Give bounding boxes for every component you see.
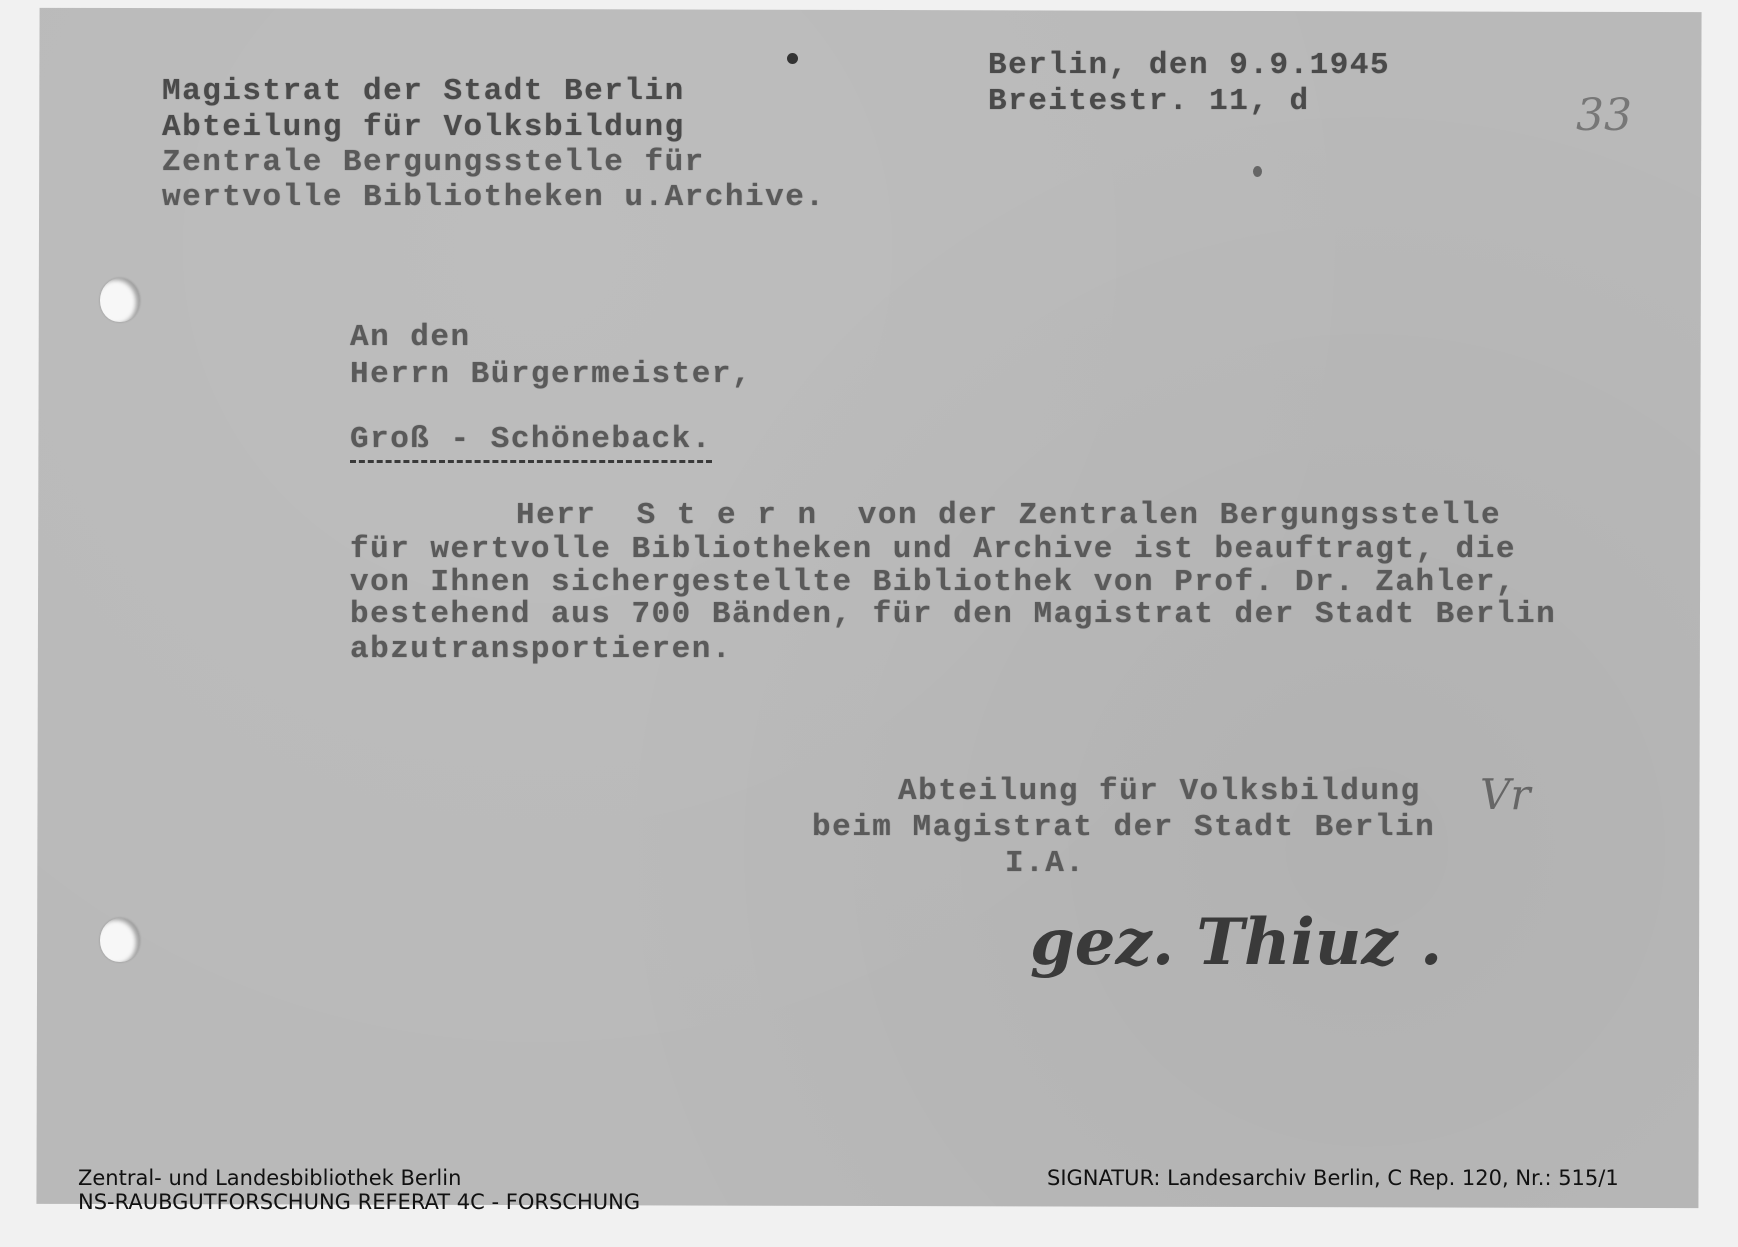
ink-speck [1253,166,1262,177]
initials-mark: Vr [1480,770,1530,819]
recipient-place: Groß - Schöneback. [350,422,712,463]
letterhead-line: wertvolle Bibliotheken u.Archive. [162,180,825,216]
ink-speck [787,53,798,64]
closing-line: Abteilung für Volksbildung [898,774,1421,810]
letterhead-line: Abteilung für Volksbildung [162,110,685,146]
signature: gez. Thiuz . [1030,905,1442,980]
body-line: Herr S t e r n von der Zentralen Bergung… [516,498,1501,534]
body-line: abzutransportieren. [350,632,732,668]
footer-left-line2: NS-RAUBGUTFORSCHUNG REFERAT 4C - FORSCHU… [78,1190,640,1214]
punch-hole [100,278,140,322]
body-line: für wertvolle Bibliotheken und Archive i… [350,532,1516,568]
closing-line: I.A. [1005,846,1085,882]
date-line: Berlin, den 9.9.1945 [988,48,1390,84]
address-line: Breitestr. 11, d [988,84,1310,120]
body-line: bestehend aus 700 Bänden, für den Magist… [350,597,1556,633]
handwritten-page-number: 33 [1576,90,1632,141]
footer-left-line1: Zentral- und Landesbibliothek Berlin [78,1166,461,1190]
recipient-line: An den [350,320,471,356]
closing-line: beim Magistrat der Stadt Berlin [812,810,1435,846]
body-line: von Ihnen sichergestellte Bibliothek von… [350,565,1516,601]
footer-signature: SIGNATUR: Landesarchiv Berlin, C Rep. 12… [1047,1166,1619,1190]
letterhead-line: Zentrale Bergungsstelle für [162,145,705,181]
letterhead-line: Magistrat der Stadt Berlin [162,74,685,110]
punch-hole [100,918,140,962]
recipient-line: Herrn Bürgermeister, [350,357,752,393]
